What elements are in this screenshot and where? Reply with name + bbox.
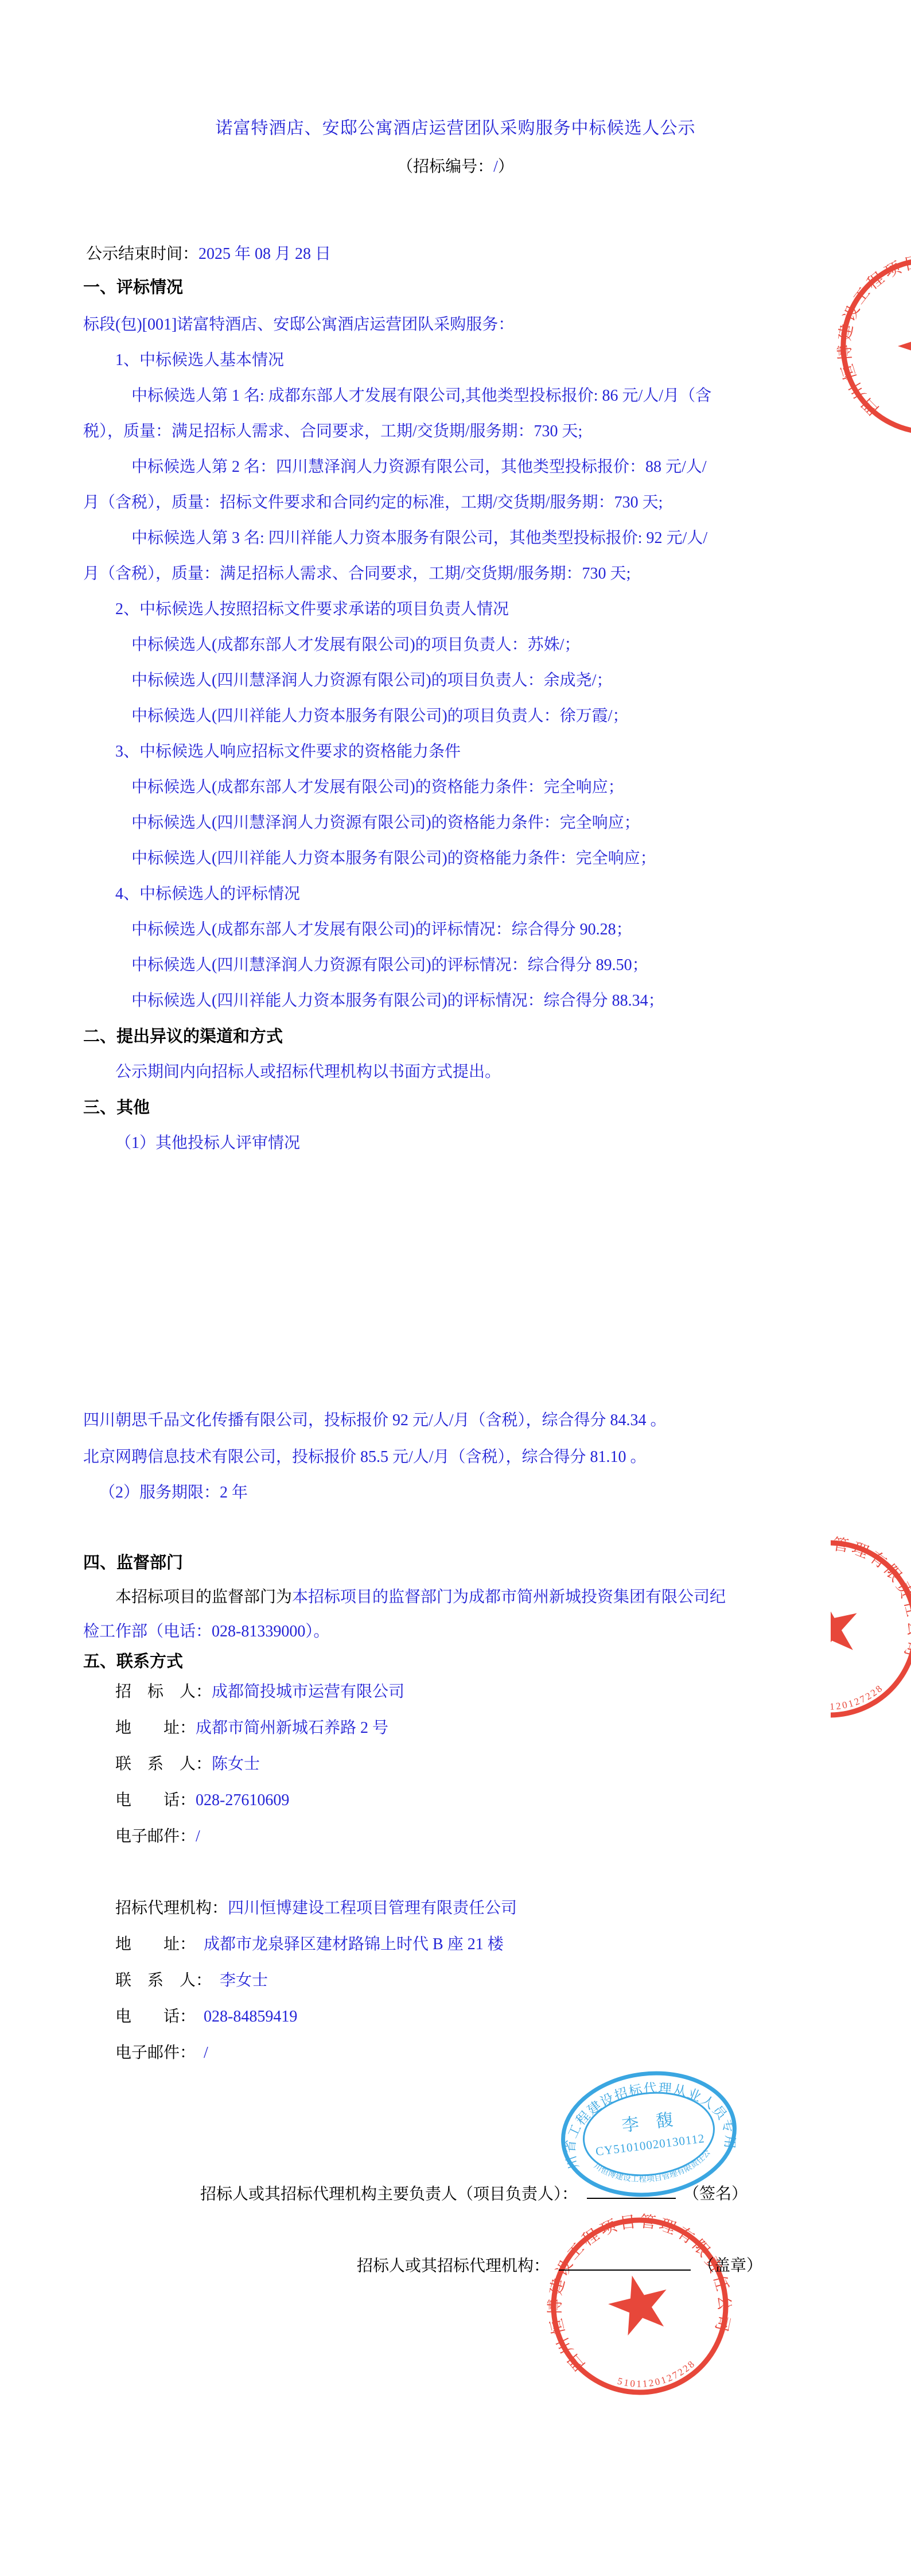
svg-text:四川恒博建设工程项目管理有限责任公司: 四川恒博建设工程项目管理有限责任公司 [831,1527,911,1697]
other-bidder1-line: 四川朝思千品文化传播有限公司，投标报价 92 元/人/月（含税），综合得分 84… [83,1407,667,1430]
pm1-line: 中标候选人(成都东部人才发展有限公司)的项目负责人：苏姝/； [131,632,580,655]
other-item1: （1）其他投标人评审情况 [115,1130,300,1153]
star-icon [603,2268,675,2338]
page: 诺富特酒店、安邸公寓酒店运营团队采购服务中标候选人公示 （招标编号：/） 公示结… [0,0,911,2576]
candidate3-line2: 月（含税），质量：满足招标人需求、合同要求，工期/交货期/服务期：730 天; [83,561,630,584]
stamp-person-name: 李 馥 [621,2111,674,2136]
company-seal-bottom: 四川恒博建设工程项目管理有限责任公司 5101120127228 [542,2209,737,2404]
tenderer-label: 招 标 人： [115,1683,212,1701]
tenderer-address-label: 地 址： [115,1719,196,1737]
section2-heading: 二、提出异议的渠道和方式 [83,1023,283,1047]
agency-contact-row: 联 系 人：李女士 [115,1968,268,1991]
lot-line: 标段(包)[001]诺富特酒店、安邸公寓酒店运营团队采购服务： [83,312,514,335]
bid-number-value: / [493,158,498,176]
tenderer-row: 招 标 人：成都简投城市运营有限公司 [115,1679,404,1702]
agency-contact-value: 李女士 [220,1972,268,1989]
bid-number-label: （招标编号： [397,158,493,176]
tenderer-phone-value: 028-27610609 [196,1791,289,1809]
objection-line: 公示期间内向招标人或招标代理机构以书面方式提出。 [115,1059,501,1082]
tenderer-phone-label: 电 话： [115,1791,196,1809]
agency-address-label: 地 址： [115,1935,196,1953]
supervision-value1: 本招标项目的监督部门为成都市简州新城投资集团有限公司纪 [292,1588,726,1606]
supervision-line1: 本招标项目的监督部门为本招标项目的监督部门为成都市简州新城投资集团有限公司纪 [115,1584,726,1607]
agency-label: 招标代理机构： [115,1899,228,1917]
section1-heading: 一、评标情况 [83,274,183,298]
agency-value: 四川恒博建设工程项目管理有限责任公司 [228,1899,517,1917]
agency-email-label: 电子邮件： [115,2044,196,2062]
tenderer-phone-row: 电 话：028-27610609 [115,1787,289,1810]
tenderer-email-label: 电子邮件： [115,1828,196,1845]
signature-line1-label: 招标人或其招标代理机构主要负责人（项目负责人）： [200,2185,578,2203]
score1-line: 中标候选人(成都东部人才发展有限公司)的评标情况：综合得分 90.28； [131,917,632,940]
agent-person-stamp: 四川省工程建设招标代理从业人员专用章 李 馥 CY51010020130112 … [557,2068,741,2200]
publicity-deadline-value: 2025 年 08 月 28 日 [198,245,331,263]
score2-line: 中标候选人(四川慧泽润人力资源有限公司)的评标情况：综合得分 89.50； [131,952,648,975]
agency-phone-value: 028-84859419 [204,2008,297,2026]
tenderer-contact-row: 联 系 人：陈女士 [115,1751,260,1774]
company-seal-middle-right: 四川恒博建设工程项目管理有限责任公司 5101120127228 [831,1527,911,1733]
bid-number-close: ） [498,158,514,176]
candidate2-line1: 中标候选人第 2 名：四川慧泽润人力资源有限公司，其他类型投标报价：88 元/人… [131,454,707,477]
sub3-heading: 3、中标候选人响应招标文件要求的资格能力条件 [115,739,461,762]
section3-heading: 三、其他 [83,1095,150,1118]
publicity-deadline-label: 公示结束时间： [86,245,198,263]
pm3-line: 中标候选人(四川祥能人力资本服务有限公司)的项目负责人：徐万霞/； [131,703,628,726]
agency-contact-label: 联 系 人： [115,1972,212,1989]
tenderer-value: 成都简投城市运营有限公司 [212,1683,404,1701]
tenderer-address-row: 地 址：成都市简州新城石养路 2 号 [115,1715,388,1738]
candidate1-line2: 税），质量：满足招标人需求、合同要求，工期/交货期/服务期：730 天; [83,418,582,441]
agency-email-value: / [204,2044,208,2062]
pm2-line: 中标候选人(四川慧泽润人力资源有限公司)的项目负责人：余成尧/； [131,668,612,690]
sub1-heading: 1、中标候选人基本情况 [115,347,284,370]
other-item2: （2）服务期限：2 年 [99,1480,248,1503]
agency-phone-row: 电 话：028-84859419 [115,2004,297,2027]
tenderer-email-row: 电子邮件：/ [115,1824,200,1846]
tenderer-contact-value: 陈女士 [212,1755,260,1773]
tenderer-address-value: 成都市简州新城石养路 2 号 [196,1719,388,1737]
publicity-deadline: 公示结束时间：2025 年 08 月 28 日 [86,241,331,264]
doc-title: 诺富特酒店、安邸公寓酒店运营团队采购服务中标候选人公示 [86,114,825,139]
agency-address-value: 成都市龙泉驿区建材路锦上时代 B 座 21 楼 [204,1935,504,1953]
candidate1-line1: 中标候选人第 1 名: 成都东部人才发展有限公司,其他类型投标报价: 86 元/… [131,383,711,406]
score3-line: 中标候选人(四川祥能人力资本服务有限公司)的评标情况：综合得分 88.34； [131,988,664,1011]
section5-heading: 五、联系方式 [83,1648,183,1672]
agency-phone-label: 电 话： [115,2008,196,2026]
candidate2-line2: 月（含税），质量：招标文件要求和合同约定的标准，工期/交货期/服务期：730 天… [83,490,663,513]
sub2-heading: 2、中标候选人按照招标文件要求承诺的项目负责人情况 [115,596,509,619]
agency-email-row: 电子邮件：/ [115,2040,208,2063]
svg-text:四川恒博建设工程项目管理有限责任公司: 四川恒博建设工程项目管理有限责任公司 [811,228,911,423]
tenderer-email-value: / [196,1828,200,1845]
star-icon [831,1592,864,1660]
candidate3-line1: 中标候选人第 3 名: 四川祥能人力资本服务有限公司，其他类型投标报价: 92 … [131,525,707,548]
star-icon [891,307,911,380]
stamp-person-code: CY51010020130112 [595,2131,706,2158]
qual3-line: 中标候选人(四川祥能人力资本服务有限公司)的资格能力条件：完全响应； [131,845,656,868]
qual1-line: 中标候选人(成都东部人才发展有限公司)的资格能力条件：完全响应； [131,774,624,797]
qual2-line: 中标候选人(四川慧泽润人力资源有限公司)的资格能力条件：完全响应； [131,810,640,833]
supervision-line2: 检工作部（电话：028-81339000）。 [83,1619,329,1642]
agency-row: 招标代理机构：四川恒博建设工程项目管理有限责任公司 [115,1895,517,1918]
signature-line2-label: 招标人或其招标代理机构： [357,2257,550,2275]
company-seal-top-right: 四川恒博建设工程项目管理有限责任公司 5101120127228 [832,249,911,444]
supervision-label: 本招标项目的监督部门为 [115,1588,292,1606]
tenderer-contact-label: 联 系 人： [115,1755,212,1773]
sub4-heading: 4、中标候选人的评标情况 [115,881,300,904]
section4-heading: 四、监督部门 [83,1550,183,1573]
bid-number-line: （招标编号：/） [86,154,825,177]
agency-address-row: 地 址：成都市龙泉驿区建材路锦上时代 B 座 21 楼 [115,1931,504,1954]
other-bidder2-line: 北京网聘信息技术有限公司，投标报价 85.5 元/人/月（含税），综合得分 81… [83,1444,647,1467]
